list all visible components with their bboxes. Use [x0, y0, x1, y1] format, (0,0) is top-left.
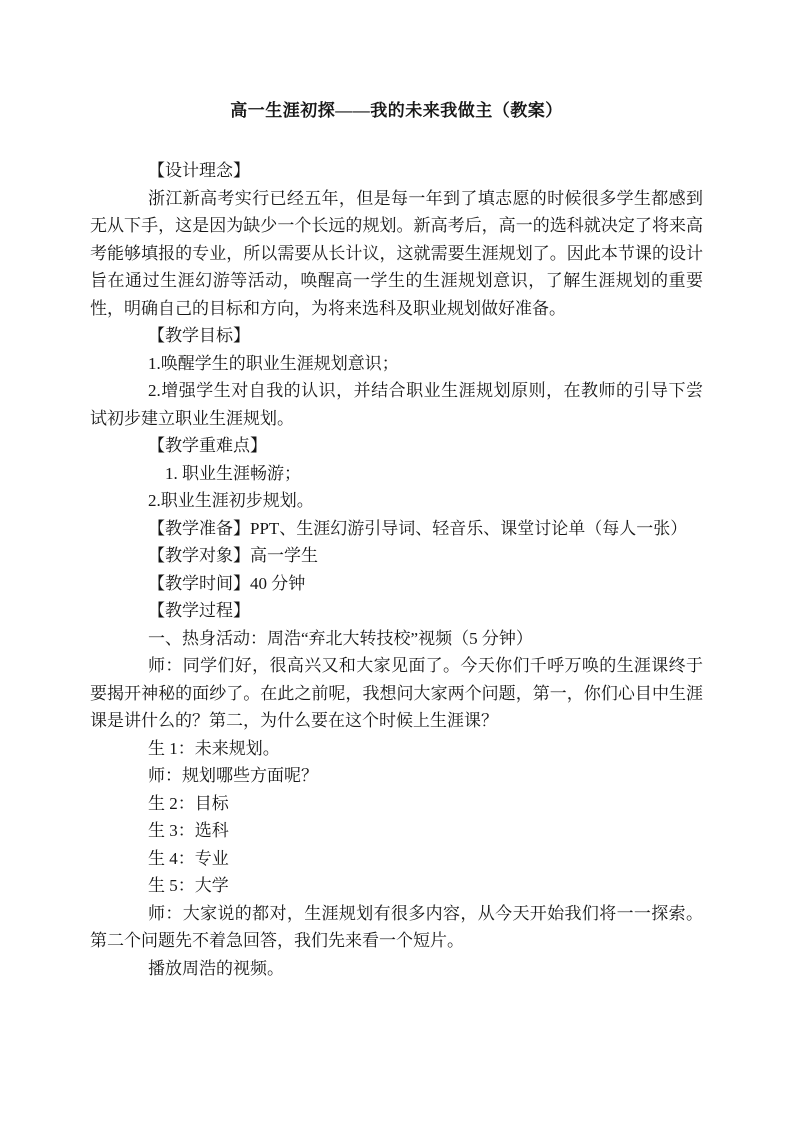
dialogue-line: 生 5：大学	[90, 872, 703, 900]
document-body: 高一生涯初探——我的未来我做主（教案） 【设计理念】浙江新高考实行已经五年，但是…	[90, 99, 703, 982]
list-item: 2.增强学生对自我的认识，并结合职业生涯规划原则，在教师的引导下尝试初步建立职业…	[90, 377, 703, 432]
dialogue-line: 师：大家说的都对，生涯规划有很多内容，从今天开始我们将一一探索。第二个问题先不着…	[90, 900, 703, 955]
section-heading: 【教学重难点】	[90, 432, 703, 460]
section-heading: 【教学对象】高一学生	[90, 542, 703, 570]
section-heading: 【教学过程】	[90, 597, 703, 625]
section-heading: 【教学准备】PPT、生涯幻游引导词、轻音乐、课堂讨论单（每人一张）	[90, 515, 703, 543]
dialogue-line: 生 2：目标	[90, 790, 703, 818]
section-heading: 【教学时间】40 分钟	[90, 570, 703, 598]
dialogue-line: 师：同学们好，很高兴又和大家见面了。今天你们千呼万唤的生涯课终于要揭开神秘的面纱…	[90, 652, 703, 735]
dialogue-line: 生 1：未来规划。	[90, 735, 703, 763]
dialogue-line: 生 4：专业	[90, 845, 703, 873]
paragraph: 一、热身活动：周浩“弃北大转技校”视频（5 分钟）	[90, 625, 703, 653]
section-heading: 【教学目标】	[90, 322, 703, 350]
document-page: 高一生涯初探——我的未来我做主（教案） 【设计理念】浙江新高考实行已经五年，但是…	[0, 0, 793, 1122]
list-item: 1.唤醒学生的职业生涯规划意识；	[90, 350, 703, 378]
section-heading: 【设计理念】	[90, 157, 703, 185]
document-title: 高一生涯初探——我的未来我做主（教案）	[90, 99, 703, 122]
dialogue-line: 生 3：选科	[90, 817, 703, 845]
list-item: 1. 职业生涯畅游；	[90, 460, 703, 488]
paragraphs: 【设计理念】浙江新高考实行已经五年，但是每一年到了填志愿的时候很多学生都感到无从…	[90, 157, 703, 982]
paragraph: 浙江新高考实行已经五年，但是每一年到了填志愿的时候很多学生都感到无从下手，这是因…	[90, 185, 703, 323]
dialogue-line: 师：规划哪些方面呢？	[90, 762, 703, 790]
paragraph: 播放周浩的视频。	[90, 955, 703, 983]
list-item: 2.职业生涯初步规划。	[90, 487, 703, 515]
